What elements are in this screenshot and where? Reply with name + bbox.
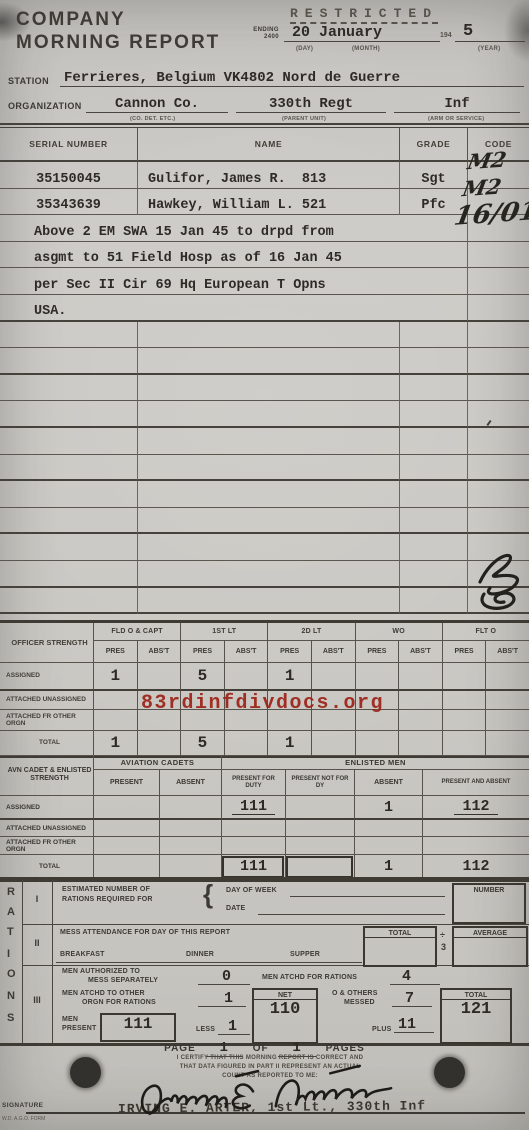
enlisted-assigned-value — [93, 796, 159, 820]
col-grade: GRADE — [399, 128, 467, 162]
name-value: Hawkey, William L. 521 — [148, 197, 326, 214]
officer-assigned-value — [355, 663, 399, 691]
men-present-line1: MEN — [62, 1016, 78, 1023]
row-attached-fr: ATTACHED FR OTHER ORGN — [0, 710, 93, 731]
net-value: 110 — [254, 1000, 316, 1019]
group-2d-lt: 2D LT — [267, 623, 354, 641]
serial-value: 35150045 — [36, 171, 101, 188]
enlisted-strength-title: AVN CADET & ENLISTED STRENGTH — [0, 755, 93, 796]
enlisted-total-value — [93, 855, 159, 879]
section-ii-numeral: II — [26, 938, 48, 948]
watermark-text: 83rdinfdivdocs.org — [141, 692, 384, 715]
net-label: NET — [254, 990, 316, 1000]
enlisted-assigned-value — [285, 796, 354, 820]
roster-empty-row — [0, 401, 529, 428]
officer-total-value — [224, 731, 268, 757]
pages-label: PAGES — [326, 1043, 365, 1054]
roster-empty-row — [0, 455, 529, 482]
day-of-week-blank — [290, 886, 445, 897]
enlisted-total-value — [285, 855, 354, 879]
roster-empty-row — [0, 534, 529, 561]
report-date-field: 20 January — [284, 24, 440, 42]
year-prefix: 194 — [440, 32, 452, 39]
punch-hole — [434, 1057, 465, 1088]
rations-total-label: TOTAL — [442, 990, 510, 1000]
auth-line1: MEN AUTHORIZED TO — [62, 968, 140, 975]
day-sublabel: (DAY) — [296, 46, 313, 52]
divide-by: 3 — [441, 942, 446, 952]
ending-word: ENDING — [245, 27, 279, 34]
mess-blank — [56, 950, 362, 963]
section-i-numeral: I — [26, 894, 48, 904]
col-serial-number: SERIAL NUMBER — [0, 128, 137, 162]
officer-assigned-value — [485, 663, 529, 691]
group-flt-o: FLT O — [442, 623, 529, 641]
roster-empty-row — [0, 348, 529, 375]
number-box-label: NUMBER — [454, 885, 524, 894]
rations-letter: O — [7, 968, 16, 980]
men-present-value: 111 — [124, 1015, 153, 1033]
enlisted-total-value — [159, 855, 221, 879]
roster-remark-row: per Sec II Cir 69 Hq European T Opns — [0, 268, 529, 295]
month-sublabel: (MONTH) — [352, 46, 380, 52]
unit-sublabel: (CO. DET. ETC.) — [130, 116, 175, 122]
handwritten-scribble — [472, 548, 526, 612]
name-value: Gulifor, James R. 813 — [148, 171, 326, 188]
organization-label: ORGANIZATION — [8, 101, 82, 111]
enlisted-assigned-value — [159, 796, 221, 820]
less-label: LESS — [196, 1026, 215, 1033]
average-box-label: AVERAGE — [454, 928, 526, 938]
sub-present: PRESENT — [93, 770, 159, 796]
officer-total-value — [485, 731, 529, 757]
officer-assigned-value — [137, 663, 181, 691]
plus-label: PLUS — [372, 1026, 391, 1033]
rations-letter: I — [7, 948, 10, 960]
estimated-label2: RATIONS REQUIRED FOR — [62, 896, 153, 903]
day-of-week-label: DAY OF WEEK — [226, 887, 277, 894]
group-fldo-capt: FLD O & CAPT — [93, 623, 180, 641]
messed-line2: MESSED — [344, 999, 375, 1006]
officer-total-value: 1 — [93, 731, 137, 757]
enlisted-assigned-value: 112 — [422, 796, 529, 820]
parent-sublabel: (PARENT UNIT) — [282, 116, 326, 122]
pres-label: PRES — [93, 641, 137, 663]
punch-hole — [70, 1057, 101, 1088]
mess-attendance-title: MESS ATTENDANCE FOR DAY OF THIS REPORT — [60, 929, 230, 936]
form-title: COMPANY MORNING REPORT — [16, 8, 220, 54]
roster-empty-row — [0, 508, 529, 535]
enlisted-assigned-value: 111 — [221, 796, 285, 820]
roster-empty-row — [0, 428, 529, 455]
number-box: NUMBER — [452, 883, 526, 924]
grade-value: Sgt — [421, 171, 445, 188]
date-label: DATE — [226, 905, 245, 912]
officer-assigned-value — [398, 663, 442, 691]
total-box-label: TOTAL — [365, 928, 435, 938]
form-title-line1: COMPANY — [16, 8, 220, 31]
officer-assigned-value — [311, 663, 355, 691]
year-field: 5 — [455, 22, 525, 42]
pres-label: PRES — [442, 641, 486, 663]
organization-parent: 330th Regt — [236, 96, 386, 113]
roster-remark-row: Above 2 EM SWA 15 Jan 45 to drpd from — [0, 215, 529, 242]
form-reference: W.D. A.G.O. FORM — [2, 1116, 45, 1122]
abst-label: ABS'T — [137, 641, 181, 663]
roster-empty-row — [0, 561, 529, 588]
col-name: NAME — [137, 128, 399, 162]
rations-letter: T — [7, 926, 14, 938]
officer-assigned-value — [442, 663, 486, 691]
abst-label: ABS'T — [485, 641, 529, 663]
officer-total-value — [137, 731, 181, 757]
handwritten-code: M2 — [466, 151, 508, 172]
estimated-label1: ESTIMATED NUMBER OF — [62, 886, 150, 893]
enlisted-total-value: 111 — [221, 855, 285, 879]
officer-total-value: 5 — [180, 731, 224, 757]
officer-total-value — [355, 731, 399, 757]
signature-label: SIGNATURE — [2, 1102, 43, 1109]
grade-value: Pfc — [421, 197, 445, 214]
enlisted-total-value: 112 — [422, 855, 529, 879]
roster-row: 35150045 Gulifor, James R. 813 Sgt — [0, 162, 529, 189]
officer-total-value — [311, 731, 355, 757]
pres-label: PRES — [267, 641, 311, 663]
enlisted-total-value: 1 — [354, 855, 422, 879]
year-sublabel: (YEAR) — [478, 46, 500, 52]
row-attached-unassigned: ATTACHED UNASSIGNED — [0, 820, 93, 837]
ending-time: 2400 — [245, 34, 279, 41]
atchd-other-line1: MEN ATCHD TO OTHER — [62, 990, 145, 997]
row-attached-fr: ATTACHED FR OTHER ORGN — [0, 837, 93, 855]
officer-total-value — [398, 731, 442, 757]
sub-absent2: ABSENT — [354, 770, 422, 796]
atchd-rations-label: MEN ATCHD FOR RATIONS — [262, 974, 357, 981]
row-total: TOTAL — [0, 855, 93, 879]
average-box: AVERAGE — [452, 926, 528, 967]
classification-banner: RESTRICTED — [290, 6, 438, 24]
officer-assigned-value: 1 — [267, 663, 311, 691]
enlisted-assigned-value: 1 — [354, 796, 422, 820]
roster-empty-row — [0, 588, 529, 615]
enlisted-strength-table: AVN CADET & ENLISTED STRENGTH AVIATION C… — [0, 755, 529, 882]
officer-total-value — [442, 731, 486, 757]
handwritten-code: M2 — [461, 178, 503, 199]
remark-text: Above 2 EM SWA 15 Jan 45 to drpd from — [34, 224, 334, 241]
abst-label: ABS'T — [398, 641, 442, 663]
officer-strength-title: OFFICER STRENGTH — [0, 623, 93, 663]
page-label: PAGE — [164, 1043, 196, 1054]
serial-value: 35343639 — [36, 197, 101, 214]
auth-line2: MESS SEPARATELY — [88, 977, 158, 984]
messed-line1: O & OTHERS — [332, 990, 378, 997]
pres-label: PRES — [355, 641, 399, 663]
sub-absent: ABSENT — [159, 770, 221, 796]
of-label: OF — [253, 1043, 269, 1054]
rations-total-box: TOTAL 121 — [440, 988, 512, 1044]
roster-empty-row — [0, 375, 529, 402]
roster-row: 35343639 Hawkey, William L. 521 Pfc — [0, 189, 529, 216]
ending-label: ENDING 2400 — [245, 27, 279, 41]
sub-present-not-for-dy: PRESENT NOT FOR DY — [285, 770, 354, 796]
form-title-line2: MORNING REPORT — [16, 31, 220, 54]
organization-arm: Inf — [394, 96, 520, 113]
rations-total-value: 121 — [442, 1000, 510, 1019]
abst-label: ABS'T — [311, 641, 355, 663]
officer-total-value: 1 — [267, 731, 311, 757]
remark-text: per Sec II Cir 69 Hq European T Opns — [34, 277, 326, 294]
rations-letter: R — [7, 886, 15, 898]
section-iii-numeral: III — [26, 995, 48, 1005]
roster-empty-row — [0, 481, 529, 508]
remark-text: asgmt to 51 Field Hosp as of 16 Jan 45 — [34, 250, 342, 267]
officer-assigned-value: 1 — [93, 663, 137, 691]
row-assigned: ASSIGNED — [0, 663, 93, 691]
group-wo: WO — [355, 623, 442, 641]
station-value: Ferrieres, Belgium VK4802 Nord de Guerre — [60, 70, 524, 87]
net-box: NET 110 — [252, 988, 318, 1044]
arm-sublabel: (ARM OR SERVICE) — [428, 116, 484, 122]
group-aviation-cadets: AVIATION CADETS — [93, 755, 221, 770]
station-label: STATION — [8, 76, 49, 86]
sub-present-and-absent: PRESENT AND ABSENT — [422, 770, 529, 796]
abst-label: ABS'T — [224, 641, 268, 663]
pres-label: PRES — [180, 641, 224, 663]
roster-header-row: SERIAL NUMBER NAME GRADE CODE — [0, 128, 529, 162]
divide-sign: ÷ — [440, 930, 445, 940]
rations-letter: N — [7, 990, 15, 1002]
brace-glyph: { — [203, 879, 213, 910]
morning-report-document: COMPANY MORNING REPORT RESTRICTED ENDING… — [0, 0, 529, 1130]
officer-strength-table: OFFICER STRENGTH FLD O & CAPT 1ST LT 2D … — [0, 620, 529, 758]
officer-assigned-value — [224, 663, 268, 691]
remark-text: USA. — [34, 303, 66, 320]
row-assigned: ASSIGNED — [0, 796, 93, 820]
rations-letter: A — [7, 906, 15, 918]
men-present-line2: PRESENT — [62, 1025, 96, 1032]
sub-present-for-duty: PRESENT FOR DUTY — [221, 770, 285, 796]
organization-unit: Cannon Co. — [86, 96, 228, 113]
handwritten-code: 16/01 — [453, 202, 529, 226]
roster-table: SERIAL NUMBER NAME GRADE CODE 35150045 G… — [0, 128, 529, 614]
rations-section: R A T I O N S I II III ESTIMATED NUMBER … — [0, 877, 529, 1046]
roster-remark-row: asgmt to 51 Field Hosp as of 16 Jan 45 — [0, 242, 529, 269]
rations-letter: S — [7, 1012, 14, 1024]
roster-remark-row: USA. — [0, 295, 529, 322]
group-enlisted-men: ENLISTED MEN — [221, 755, 529, 770]
atchd-other-line2: ORGN FOR RATIONS — [82, 999, 156, 1006]
row-total: TOTAL — [0, 731, 93, 757]
officer-assigned-value: 5 — [180, 663, 224, 691]
group-1st-lt: 1ST LT — [180, 623, 267, 641]
total-box: TOTAL — [363, 926, 437, 967]
roster-empty-row — [0, 322, 529, 349]
date-blank — [258, 904, 445, 915]
row-attached-unassigned: ATTACHED UNASSIGNED — [0, 691, 93, 711]
men-present-box: 111 — [100, 1013, 176, 1042]
